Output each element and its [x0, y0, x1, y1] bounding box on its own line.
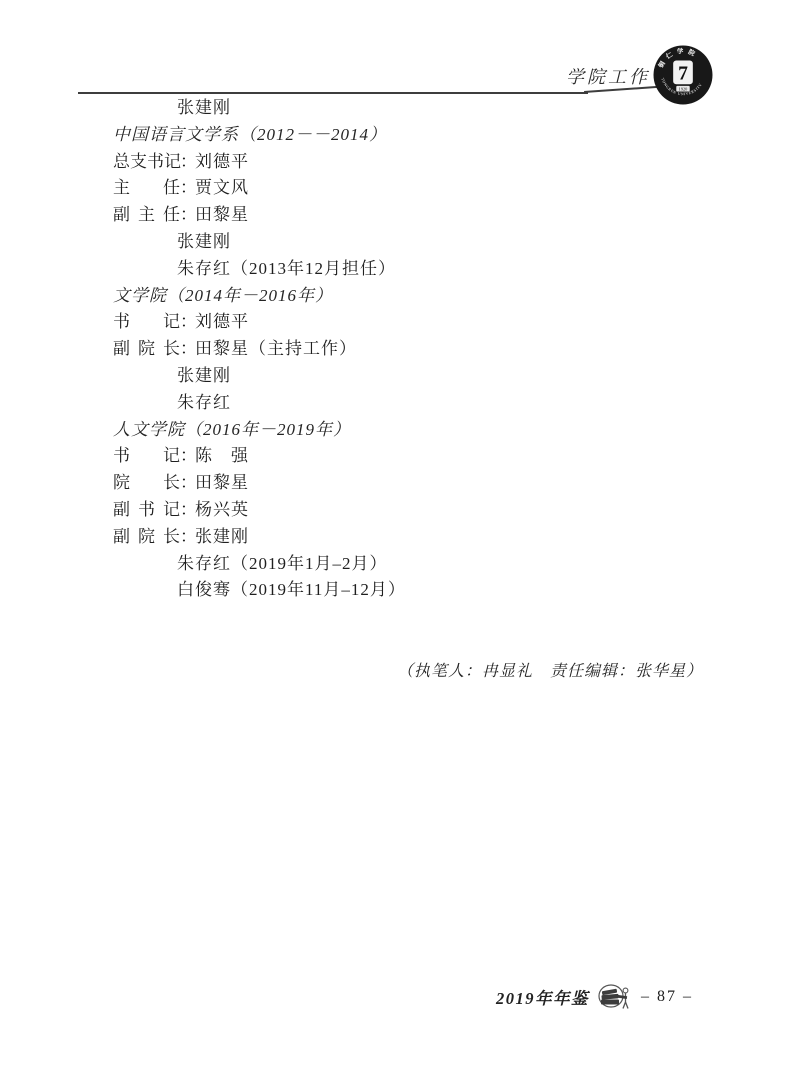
- person-name: 陈 强: [195, 443, 249, 470]
- person-name: 刘德平: [195, 309, 249, 336]
- role-colon: ：: [180, 524, 195, 551]
- role-colon: ：: [180, 497, 195, 524]
- seal-center-glyph: 7: [678, 63, 688, 85]
- department-heading-text: 人文学院（2016年－2019年）: [113, 417, 351, 444]
- role-label: 书记: [113, 309, 180, 336]
- position-entry: 副主任：田黎星: [113, 202, 406, 229]
- position-entry: 总支书记：刘德平: [113, 149, 406, 176]
- continued-name-line: 张建刚: [113, 95, 406, 122]
- role-label: 副书记: [113, 497, 180, 524]
- role-colon: ：: [180, 202, 195, 229]
- person-name: 田黎星: [195, 470, 249, 497]
- continued-name-line: 朱存红（2013年12月担任）: [113, 256, 406, 283]
- person-name: 白俊骞（2019年11月–12月）: [177, 577, 406, 604]
- position-entry: 主任：贾文风: [113, 175, 406, 202]
- university-seal-icon: 铜仁学院 7 1920 TONGREN UNIVERSITY: [653, 45, 713, 105]
- role-colon: ：: [180, 470, 195, 497]
- position-entry: 副院长：张建刚: [113, 524, 406, 551]
- person-name: 张建刚: [177, 363, 231, 390]
- role-label: 院长: [113, 470, 180, 497]
- section-title: 学院工作: [0, 63, 650, 89]
- seal-year-text: 1920: [679, 87, 688, 92]
- role-label: 主任: [113, 175, 180, 202]
- page-number: – 87 –: [641, 988, 693, 1006]
- department-heading-text: 中国语言文学系（2012－－2014）: [113, 122, 387, 149]
- person-name: 张建刚: [195, 524, 249, 551]
- role-label: 副主任: [113, 202, 180, 229]
- byline: （执笔人：冉显礼 责任编辑：张华星）: [397, 658, 703, 681]
- roster-text-block: 张建刚 中国语言文学系（2012－－2014） 总支书记：刘德平 主任：贾文风 …: [113, 95, 406, 604]
- continued-name-line: 张建刚: [113, 229, 406, 256]
- position-entry: 书记：陈 强: [113, 443, 406, 470]
- person-name: 朱存红（2013年12月担任）: [177, 256, 396, 283]
- position-entry: 副院长：田黎星（主持工作）: [113, 336, 406, 363]
- position-entry: 副书记：杨兴英: [113, 497, 406, 524]
- continued-name-line: 朱存红（2019年1月–2月）: [113, 551, 406, 578]
- person-name: 田黎星（主持工作）: [195, 336, 357, 363]
- person-name: 杨兴英: [195, 497, 249, 524]
- role-label: 副院长: [113, 524, 180, 551]
- role-colon: ：: [180, 309, 195, 336]
- position-entry: 院长：田黎星: [113, 470, 406, 497]
- role-label: 总支书记: [113, 149, 180, 176]
- document-page: 学院工作 铜仁学院 7 1920 TONGREN UNIVERSITY 张建刚: [0, 0, 793, 1077]
- person-name: 刘德平: [195, 149, 249, 176]
- role-colon: ：: [180, 149, 195, 176]
- role-colon: ：: [180, 175, 195, 202]
- person-name: 张建刚: [177, 229, 231, 256]
- person-name: 田黎星: [195, 202, 249, 229]
- continued-name-line: 张建刚: [113, 363, 406, 390]
- book-title: 2019年年鉴: [496, 985, 589, 1009]
- department-heading: 文学院（2014年－2016年）: [113, 283, 406, 310]
- department-heading: 人文学院（2016年－2019年）: [113, 417, 406, 444]
- department-heading-text: 文学院（2014年－2016年）: [113, 283, 333, 310]
- department-heading: 中国语言文学系（2012－－2014）: [113, 122, 406, 149]
- position-entry: 书记：刘德平: [113, 309, 406, 336]
- role-label: 书记: [113, 443, 180, 470]
- role-colon: ：: [180, 336, 195, 363]
- continued-name-line: 朱存红: [113, 390, 406, 417]
- role-label: 副院长: [113, 336, 180, 363]
- person-name: 朱存红（2019年1月–2月）: [177, 551, 388, 578]
- person-name: 朱存红: [177, 390, 231, 417]
- person-name: 贾文风: [195, 175, 249, 202]
- role-colon: ：: [180, 443, 195, 470]
- page-footer: 2019年年鉴 – 87 –: [496, 982, 693, 1012]
- continued-name-line: 白俊骞（2019年11月–12月）: [113, 577, 406, 604]
- header-rule: [78, 92, 588, 94]
- yearbook-emblem-icon: [598, 982, 632, 1012]
- person-name: 张建刚: [177, 95, 231, 122]
